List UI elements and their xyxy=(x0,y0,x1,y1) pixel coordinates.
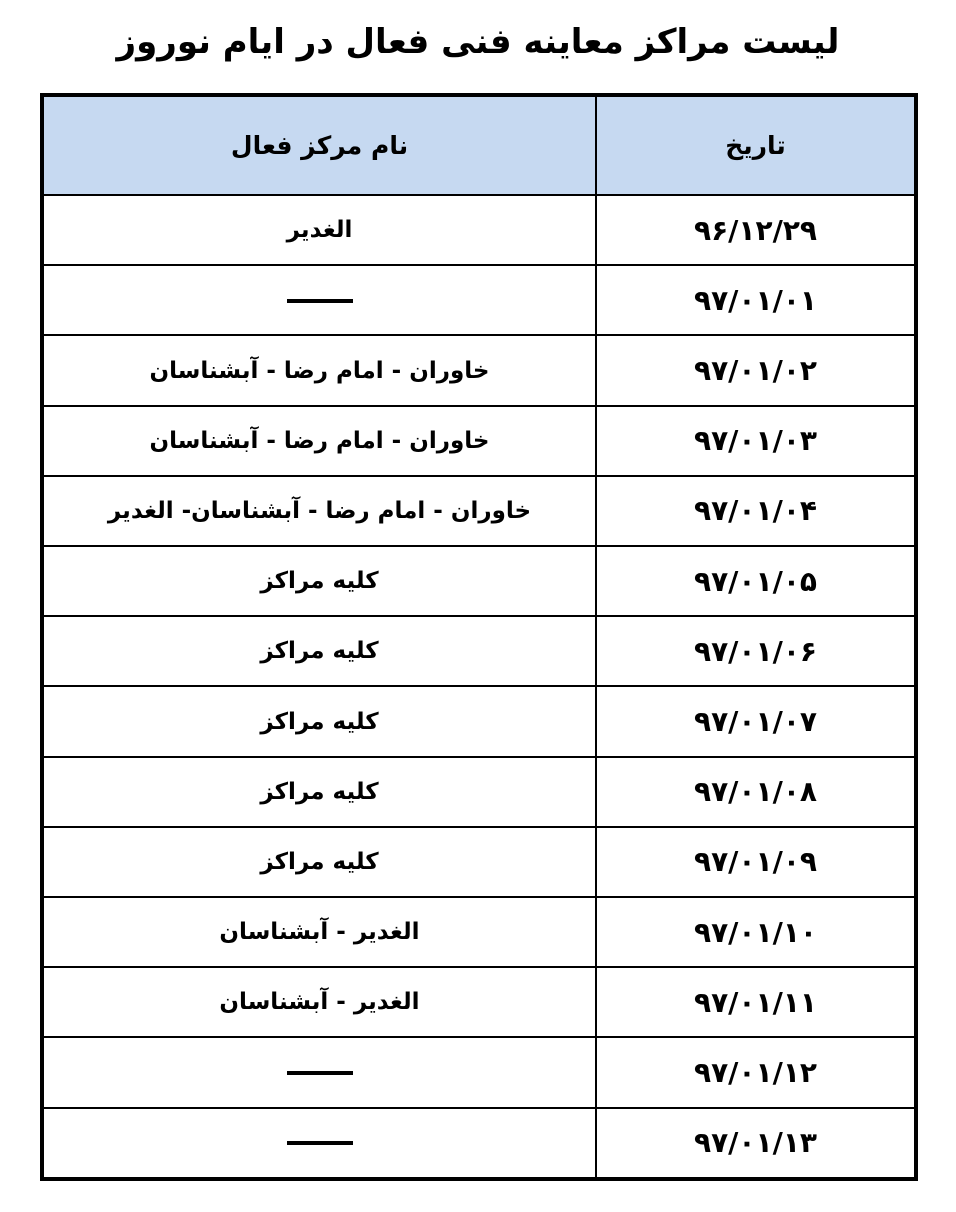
document-title: لیست مراکز معاینه فنی فعال در ایام نوروز xyxy=(0,14,956,70)
date-cell: ۹۷/۰۱/۰۸ xyxy=(596,757,914,827)
table-row: ۹۷/۰۱/۱۰ الغدیر - آبشناسان xyxy=(44,897,914,967)
date-cell: ۹۷/۰۱/۰۴ xyxy=(596,476,914,546)
center-cell: خاوران - امام رضا - آبشناسان- الغدیر xyxy=(44,476,596,546)
center-cell: کلیه مراکز xyxy=(44,757,596,827)
center-cell: خاوران - امام رضا - آبشناسان xyxy=(44,335,596,405)
table-row: ۹۷/۰۱/۱۲ xyxy=(44,1037,914,1107)
date-cell: ۹۶/۱۲/۲۹ xyxy=(596,195,914,265)
table-row: ۹۷/۰۱/۰۱ xyxy=(44,265,914,335)
column-header-date: تاریخ xyxy=(596,97,914,195)
table-row: ۹۷/۰۱/۱۱ الغدیر - آبشناسان xyxy=(44,967,914,1037)
date-cell: ۹۷/۰۱/۱۳ xyxy=(596,1108,914,1177)
column-header-center-name: نام مرکز فعال xyxy=(44,97,596,195)
date-cell: ۹۷/۰۱/۰۳ xyxy=(596,406,914,476)
date-cell: ۹۷/۰۱/۰۶ xyxy=(596,616,914,686)
center-cell-empty xyxy=(44,265,596,335)
date-cell: ۹۷/۰۱/۰۱ xyxy=(596,265,914,335)
table-row: ۹۷/۰۱/۰۸ کلیه مراکز xyxy=(44,757,914,827)
active-centers-table-container: تاریخ نام مرکز فعال ۹۶/۱۲/۲۹ الغدیر ۹۷/۰… xyxy=(40,93,918,1181)
date-cell: ۹۷/۰۱/۰۷ xyxy=(596,686,914,756)
table-row: ۹۷/۰۱/۰۲ خاوران - امام رضا - آبشناسان xyxy=(44,335,914,405)
active-centers-table: تاریخ نام مرکز فعال ۹۶/۱۲/۲۹ الغدیر ۹۷/۰… xyxy=(44,97,914,1177)
center-cell: کلیه مراکز xyxy=(44,686,596,756)
table-row: ۹۷/۰۱/۰۳ خاوران - امام رضا - آبشناسان xyxy=(44,406,914,476)
date-cell: ۹۷/۰۱/۱۱ xyxy=(596,967,914,1037)
date-cell: ۹۷/۰۱/۱۲ xyxy=(596,1037,914,1107)
empty-dash xyxy=(287,299,353,303)
table-row: ۹۶/۱۲/۲۹ الغدیر xyxy=(44,195,914,265)
center-cell: خاوران - امام رضا - آبشناسان xyxy=(44,406,596,476)
table-row: ۹۷/۰۱/۰۶ کلیه مراکز xyxy=(44,616,914,686)
table-row: ۹۷/۰۱/۰۷ کلیه مراکز xyxy=(44,686,914,756)
date-cell: ۹۷/۰۱/۱۰ xyxy=(596,897,914,967)
empty-dash xyxy=(287,1141,353,1145)
center-cell: الغدیر - آبشناسان xyxy=(44,897,596,967)
center-cell-empty xyxy=(44,1037,596,1107)
table-row: ۹۷/۰۱/۰۵ کلیه مراکز xyxy=(44,546,914,616)
center-cell: الغدیر - آبشناسان xyxy=(44,967,596,1037)
table-row: ۹۷/۰۱/۰۹ کلیه مراکز xyxy=(44,827,914,897)
center-cell: کلیه مراکز xyxy=(44,827,596,897)
center-cell: کلیه مراکز xyxy=(44,616,596,686)
center-cell: الغدیر xyxy=(44,195,596,265)
table-row: ۹۷/۰۱/۰۴ خاوران - امام رضا - آبشناسان- ا… xyxy=(44,476,914,546)
date-cell: ۹۷/۰۱/۰۵ xyxy=(596,546,914,616)
table-header-row: تاریخ نام مرکز فعال xyxy=(44,97,914,195)
table-row: ۹۷/۰۱/۱۳ xyxy=(44,1108,914,1177)
date-cell: ۹۷/۰۱/۰۹ xyxy=(596,827,914,897)
center-cell: کلیه مراکز xyxy=(44,546,596,616)
center-cell-empty xyxy=(44,1108,596,1177)
empty-dash xyxy=(287,1071,353,1075)
date-cell: ۹۷/۰۱/۰۲ xyxy=(596,335,914,405)
